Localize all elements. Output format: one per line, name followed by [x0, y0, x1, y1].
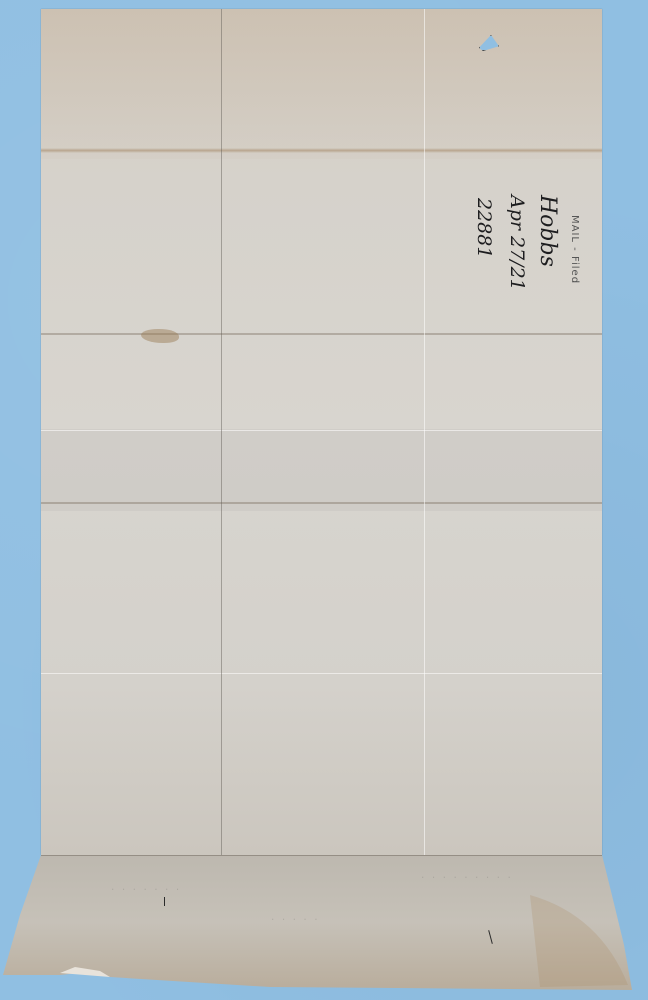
fold-line-horizontal	[41, 502, 602, 504]
shaded-fold-band	[41, 429, 602, 511]
fold-line-vertical	[424, 9, 425, 855]
handwritten-docket: MAIL - Filed Hobbs Apr 27/21 22881	[450, 180, 600, 320]
paper-sheet	[41, 9, 602, 855]
fold-line-horizontal	[41, 673, 602, 674]
show-through-text: · · · · · · ·	[110, 885, 180, 895]
ink-mark	[164, 897, 165, 906]
bottom-flap: · · · · · · · · · · · · · · · · · · · · …	[0, 855, 648, 1000]
fold-line-horizontal	[41, 148, 602, 153]
filed-stamp: MAIL - Filed	[569, 215, 580, 284]
fold-line-horizontal	[41, 333, 602, 335]
fold-line-vertical	[221, 9, 222, 855]
show-through-text: · · · · ·	[270, 915, 319, 925]
docket-name: Hobbs	[535, 195, 560, 267]
docket-date: Apr 27/21	[506, 195, 528, 291]
show-through-text: · · · · · · · · ·	[420, 873, 512, 883]
flap-shape	[0, 855, 648, 1000]
fold-line-horizontal	[41, 430, 602, 431]
docket-number: 22881	[473, 198, 495, 258]
age-tint	[41, 9, 602, 159]
stain	[141, 329, 179, 343]
